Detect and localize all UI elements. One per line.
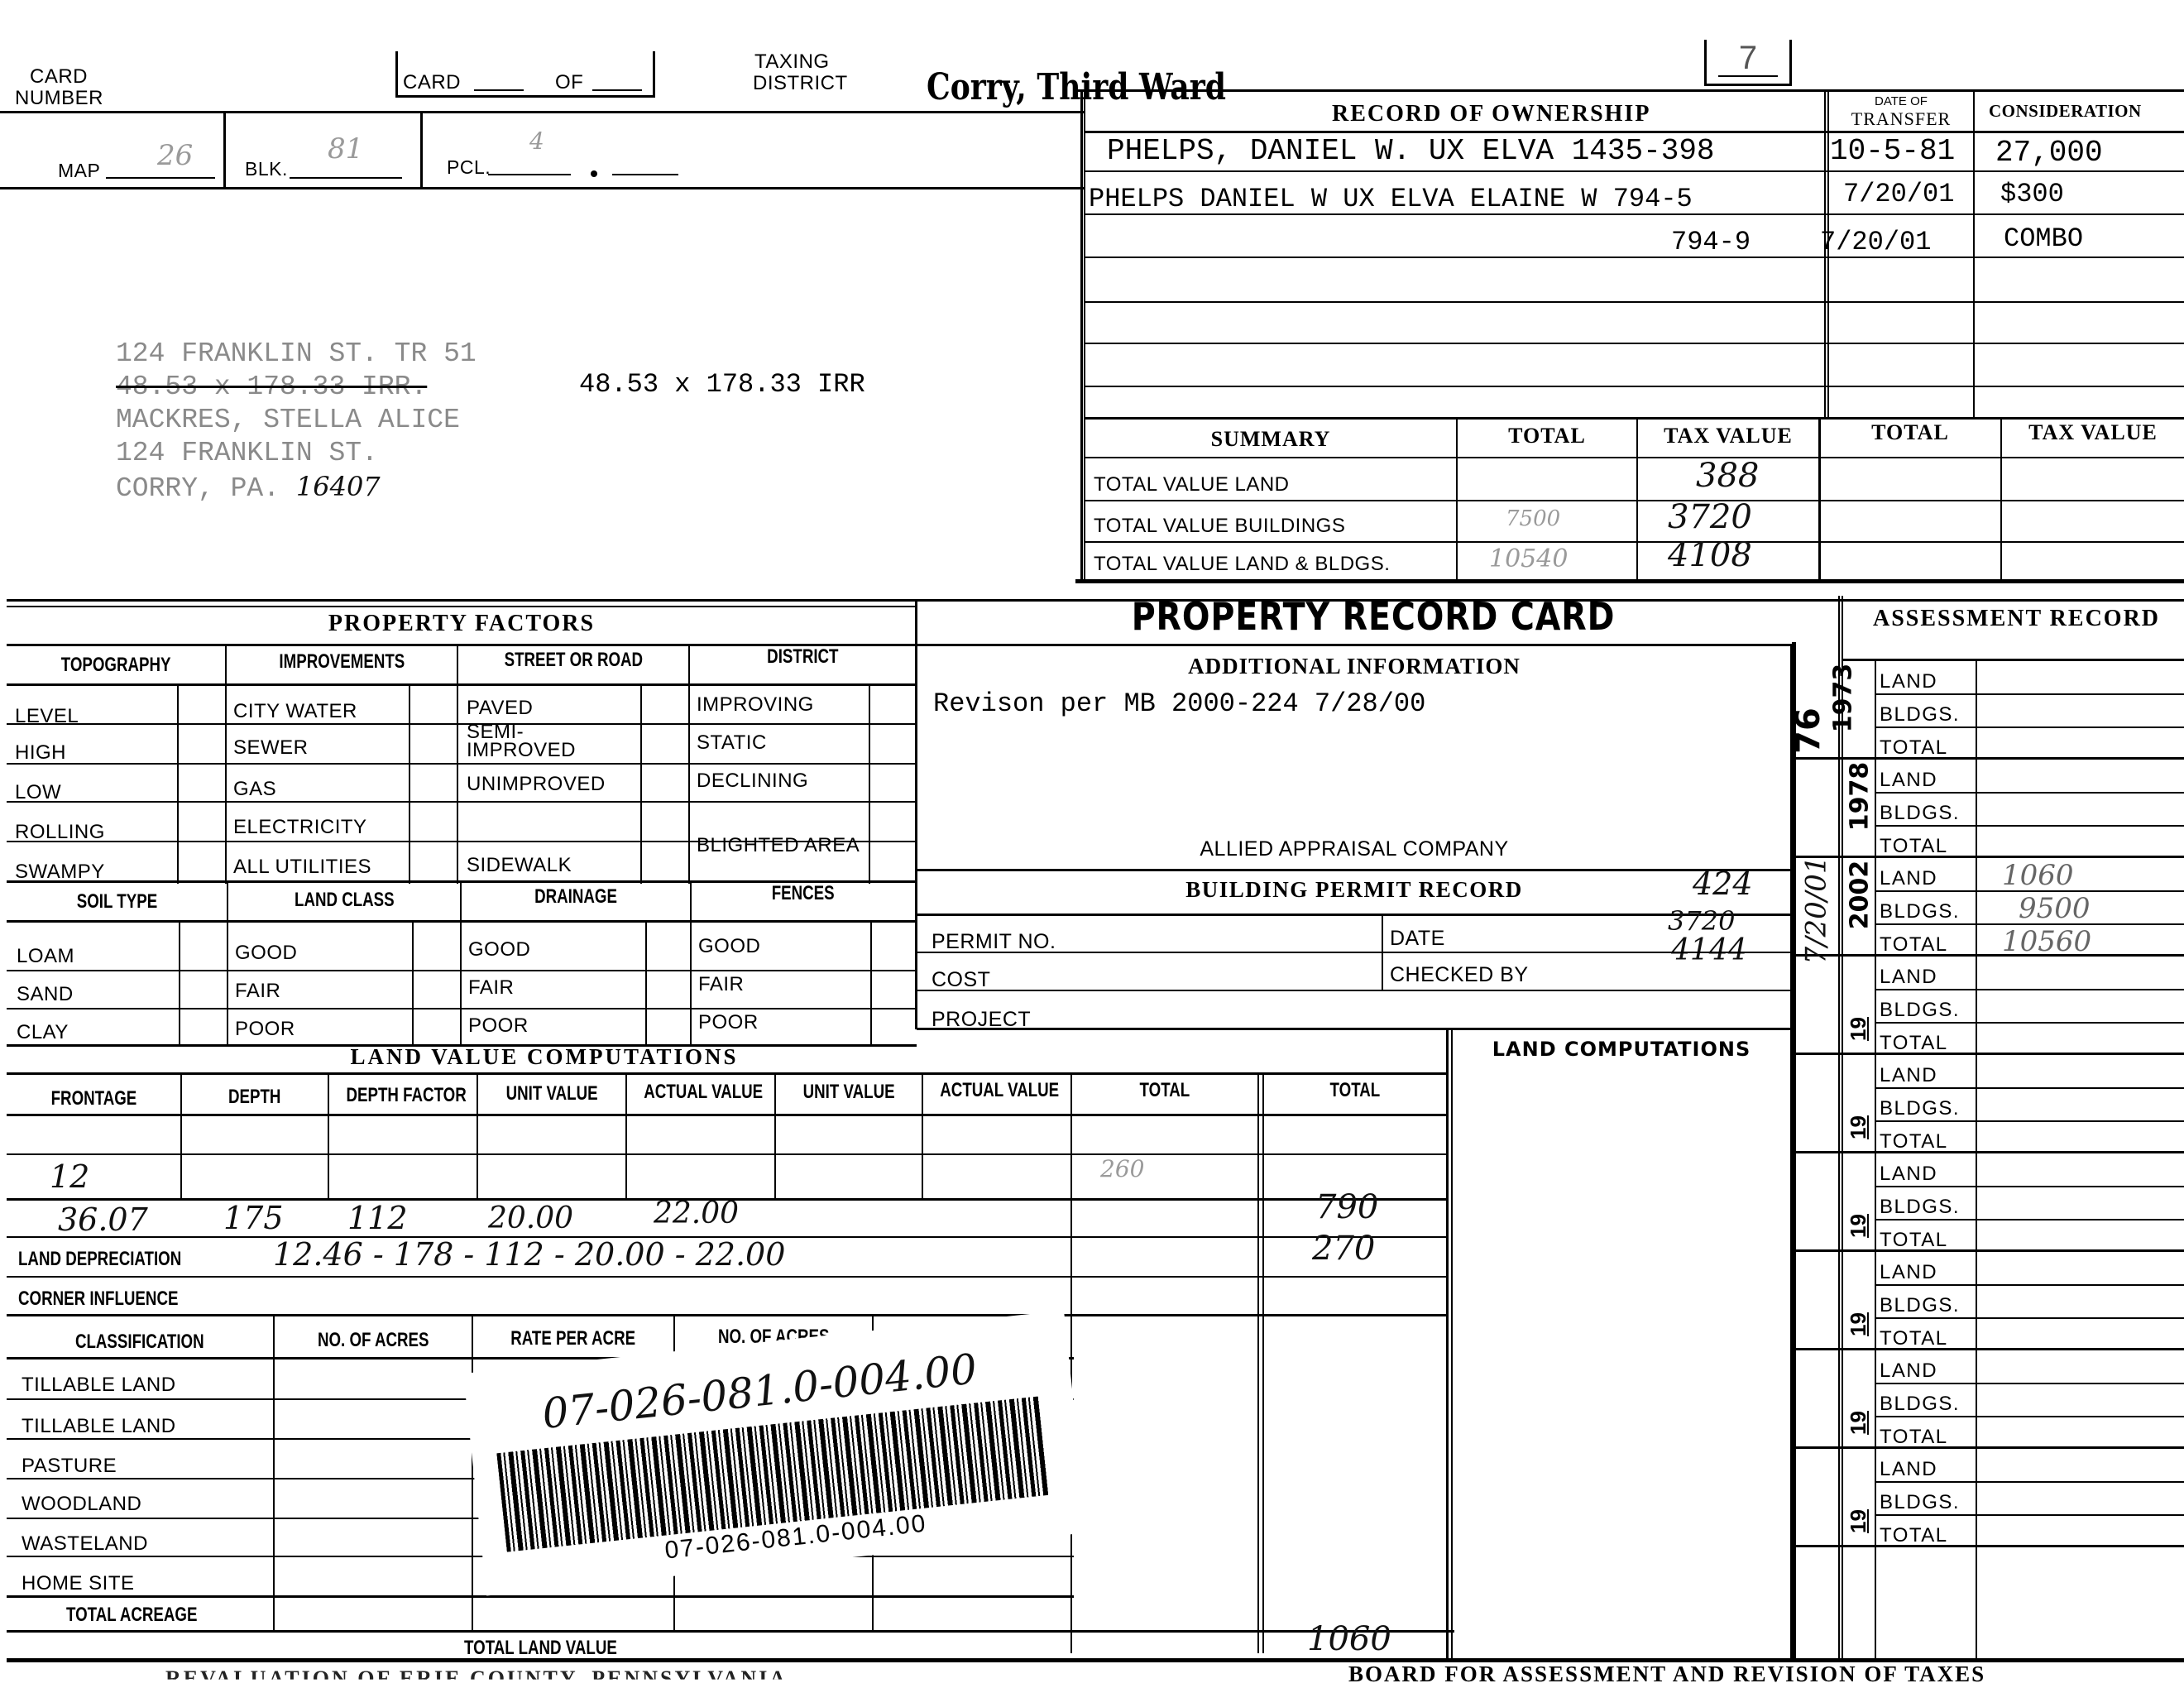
owner-name: MACKRES, STELLA ALICE xyxy=(116,404,477,437)
fences-poor[interactable]: POOR xyxy=(698,1011,759,1034)
card-number-label: CARD NUMBER xyxy=(15,66,103,109)
footer-left: REVALUATION OF ERIE COUNTY, PENNSYLVANIA xyxy=(165,1666,788,1688)
district-header: DISTRICT xyxy=(690,645,915,669)
land-class-header: LAND CLASS xyxy=(228,889,460,912)
assessment-stamp-date: 7/20/01 xyxy=(1800,856,1833,964)
street-or-road-header: STREET OR ROAD xyxy=(458,649,688,672)
topography-high[interactable]: HIGH xyxy=(15,741,66,765)
lot-dimensions-old: 48.53 x 178.33 IRR. xyxy=(116,371,477,404)
owner-street: 124 FRANKLIN ST. xyxy=(116,437,477,470)
improvements-all-utilities[interactable]: ALL UTILITIES xyxy=(233,856,371,879)
ownership-row[interactable] xyxy=(1084,303,2184,343)
land-class-poor[interactable]: POOR xyxy=(235,1018,295,1041)
of-label: OF xyxy=(555,71,583,94)
improvements-header: IMPROVEMENTS xyxy=(227,650,457,674)
assessment-year: 19 xyxy=(1846,1509,1871,1533)
assessment-year: 19 xyxy=(1846,1115,1871,1139)
street-unimproved[interactable]: UNIMPROVED xyxy=(467,773,606,796)
date-of-transfer-header: DATE OF TRANSFER xyxy=(1830,94,1972,130)
assessment-year: 2002 xyxy=(1845,861,1874,930)
appraiser-name: ALLIED APPRAISAL COMPANY xyxy=(918,837,1790,861)
soil-loam[interactable]: LOAM xyxy=(17,945,74,968)
of-blank[interactable] xyxy=(592,89,642,91)
assessment-stamp-76: 76 xyxy=(1789,707,1827,754)
land-computations-title: LAND COMPUTATIONS xyxy=(1453,1038,1790,1061)
improvements-city-water[interactable]: CITY WATER xyxy=(233,700,357,723)
consideration-header: CONSIDERATION xyxy=(1989,101,2142,122)
district-static[interactable]: STATIC xyxy=(697,731,767,755)
assessment-year: 1978 xyxy=(1845,762,1874,832)
improvements-sewer[interactable]: SEWER xyxy=(233,736,309,760)
topography-header: TOPOGRAPHY xyxy=(7,654,225,677)
soil-type-header: SOIL TYPE xyxy=(7,890,227,914)
barcode-sticker: 07-026-081.0-004.00 07-026-081.0-004.00 xyxy=(463,1311,1087,1596)
property-address: 124 FRANKLIN ST. TR 51 xyxy=(116,338,477,371)
additional-info-text: Revison per MB 2000-224 7/28/00 xyxy=(933,688,1425,719)
box-number: 7 xyxy=(1704,40,1792,86)
map-field[interactable]: MAP 26 xyxy=(58,132,215,182)
owner-address-block: 124 FRANKLIN ST. TR 51 48.53 x 178.33 IR… xyxy=(116,338,477,506)
ownership-row[interactable] xyxy=(1084,258,2184,301)
ownership-title: RECORD OF OWNERSHIP xyxy=(1332,101,1650,127)
card-label: CARD xyxy=(403,71,461,94)
pcl-field[interactable]: PCL. 4 xyxy=(447,132,711,182)
assessment-year: 19 xyxy=(1846,1214,1871,1238)
topography-rolling[interactable]: ROLLING xyxy=(15,821,105,844)
land-value-title: LAND VALUE COMPUTATIONS xyxy=(7,1044,917,1070)
fences-fair[interactable]: FAIR xyxy=(698,973,744,996)
improvements-gas[interactable]: GAS xyxy=(233,778,276,801)
assessment-year: 19 xyxy=(1846,1017,1871,1041)
summary-tax-value-header: TAX VALUE xyxy=(1638,424,1818,448)
ownership-row[interactable] xyxy=(1084,344,2184,386)
card-blank[interactable] xyxy=(474,89,524,91)
footer-right: BOARD FOR ASSESSMENT AND REVISION OF TAX… xyxy=(1348,1662,1985,1687)
permit-handwritten-note: 424 xyxy=(1693,866,1753,902)
land-class-fair[interactable]: FAIR xyxy=(235,980,280,1003)
taxing-district-label: TAXING DISTRICT xyxy=(753,51,848,94)
topography-low[interactable]: LOW xyxy=(15,781,61,804)
summary-title: SUMMARY xyxy=(1085,427,1456,452)
property-record-card-title: PROPERTY RECORD CARD xyxy=(982,594,1765,639)
district-blighted-area[interactable]: BLIGHTED AREA xyxy=(697,836,867,856)
fences-header: FENCES xyxy=(692,882,915,905)
blk-field[interactable]: BLK. 81 xyxy=(245,132,410,182)
ownership-top-rule xyxy=(1075,89,2184,92)
street-semi-improved[interactable]: SEMI- IMPROVED xyxy=(467,723,637,760)
summary-total-header-2: TOTAL xyxy=(1820,420,2000,445)
drainage-fair[interactable]: FAIR xyxy=(468,976,514,1000)
drainage-header: DRAINAGE xyxy=(462,885,690,909)
drainage-poor[interactable]: POOR xyxy=(468,1014,529,1038)
street-sidewalk[interactable]: SIDEWALK xyxy=(467,854,572,877)
ownership-left-border xyxy=(1080,91,1083,583)
soil-sand[interactable]: SAND xyxy=(17,983,74,1006)
district-improving[interactable]: IMPROVING xyxy=(697,693,814,717)
lot-dimensions-revised: 48.53 x 178.33 IRR xyxy=(579,369,865,400)
additional-info-title: ADDITIONAL INFORMATION xyxy=(918,654,1790,679)
building-permit-title: BUILDING PERMIT RECORD xyxy=(918,877,1790,903)
drainage-good[interactable]: GOOD xyxy=(468,938,530,961)
summary-total-header: TOTAL xyxy=(1458,424,1636,448)
owner-city: CORRY, PA. 16407 xyxy=(116,470,477,506)
soil-clay[interactable]: CLAY xyxy=(17,1021,69,1044)
assessment-year: 19 xyxy=(1846,1411,1871,1435)
assessment-year: 1973 xyxy=(1828,664,1857,733)
card-of-box: CARD OF xyxy=(395,51,655,98)
fences-good[interactable]: GOOD xyxy=(698,935,760,958)
street-paved[interactable]: PAVED xyxy=(467,697,533,720)
district-declining[interactable]: DECLINING xyxy=(697,770,808,793)
improvements-electricity[interactable]: ELECTRICITY xyxy=(233,816,367,839)
land-computations-area[interactable] xyxy=(1453,1067,1790,1655)
summary-tax-value-header-2: TAX VALUE xyxy=(2002,420,2184,445)
topography-level[interactable]: LEVEL xyxy=(15,705,79,728)
land-class-good[interactable]: GOOD xyxy=(235,942,297,965)
assessment-year: 19 xyxy=(1846,1312,1871,1336)
taxing-district-value: Corry, Third Ward xyxy=(927,66,1226,108)
property-factors-title: PROPERTY FACTORS xyxy=(7,611,917,637)
assessment-title: ASSESSMENT RECORD xyxy=(1873,606,2160,632)
